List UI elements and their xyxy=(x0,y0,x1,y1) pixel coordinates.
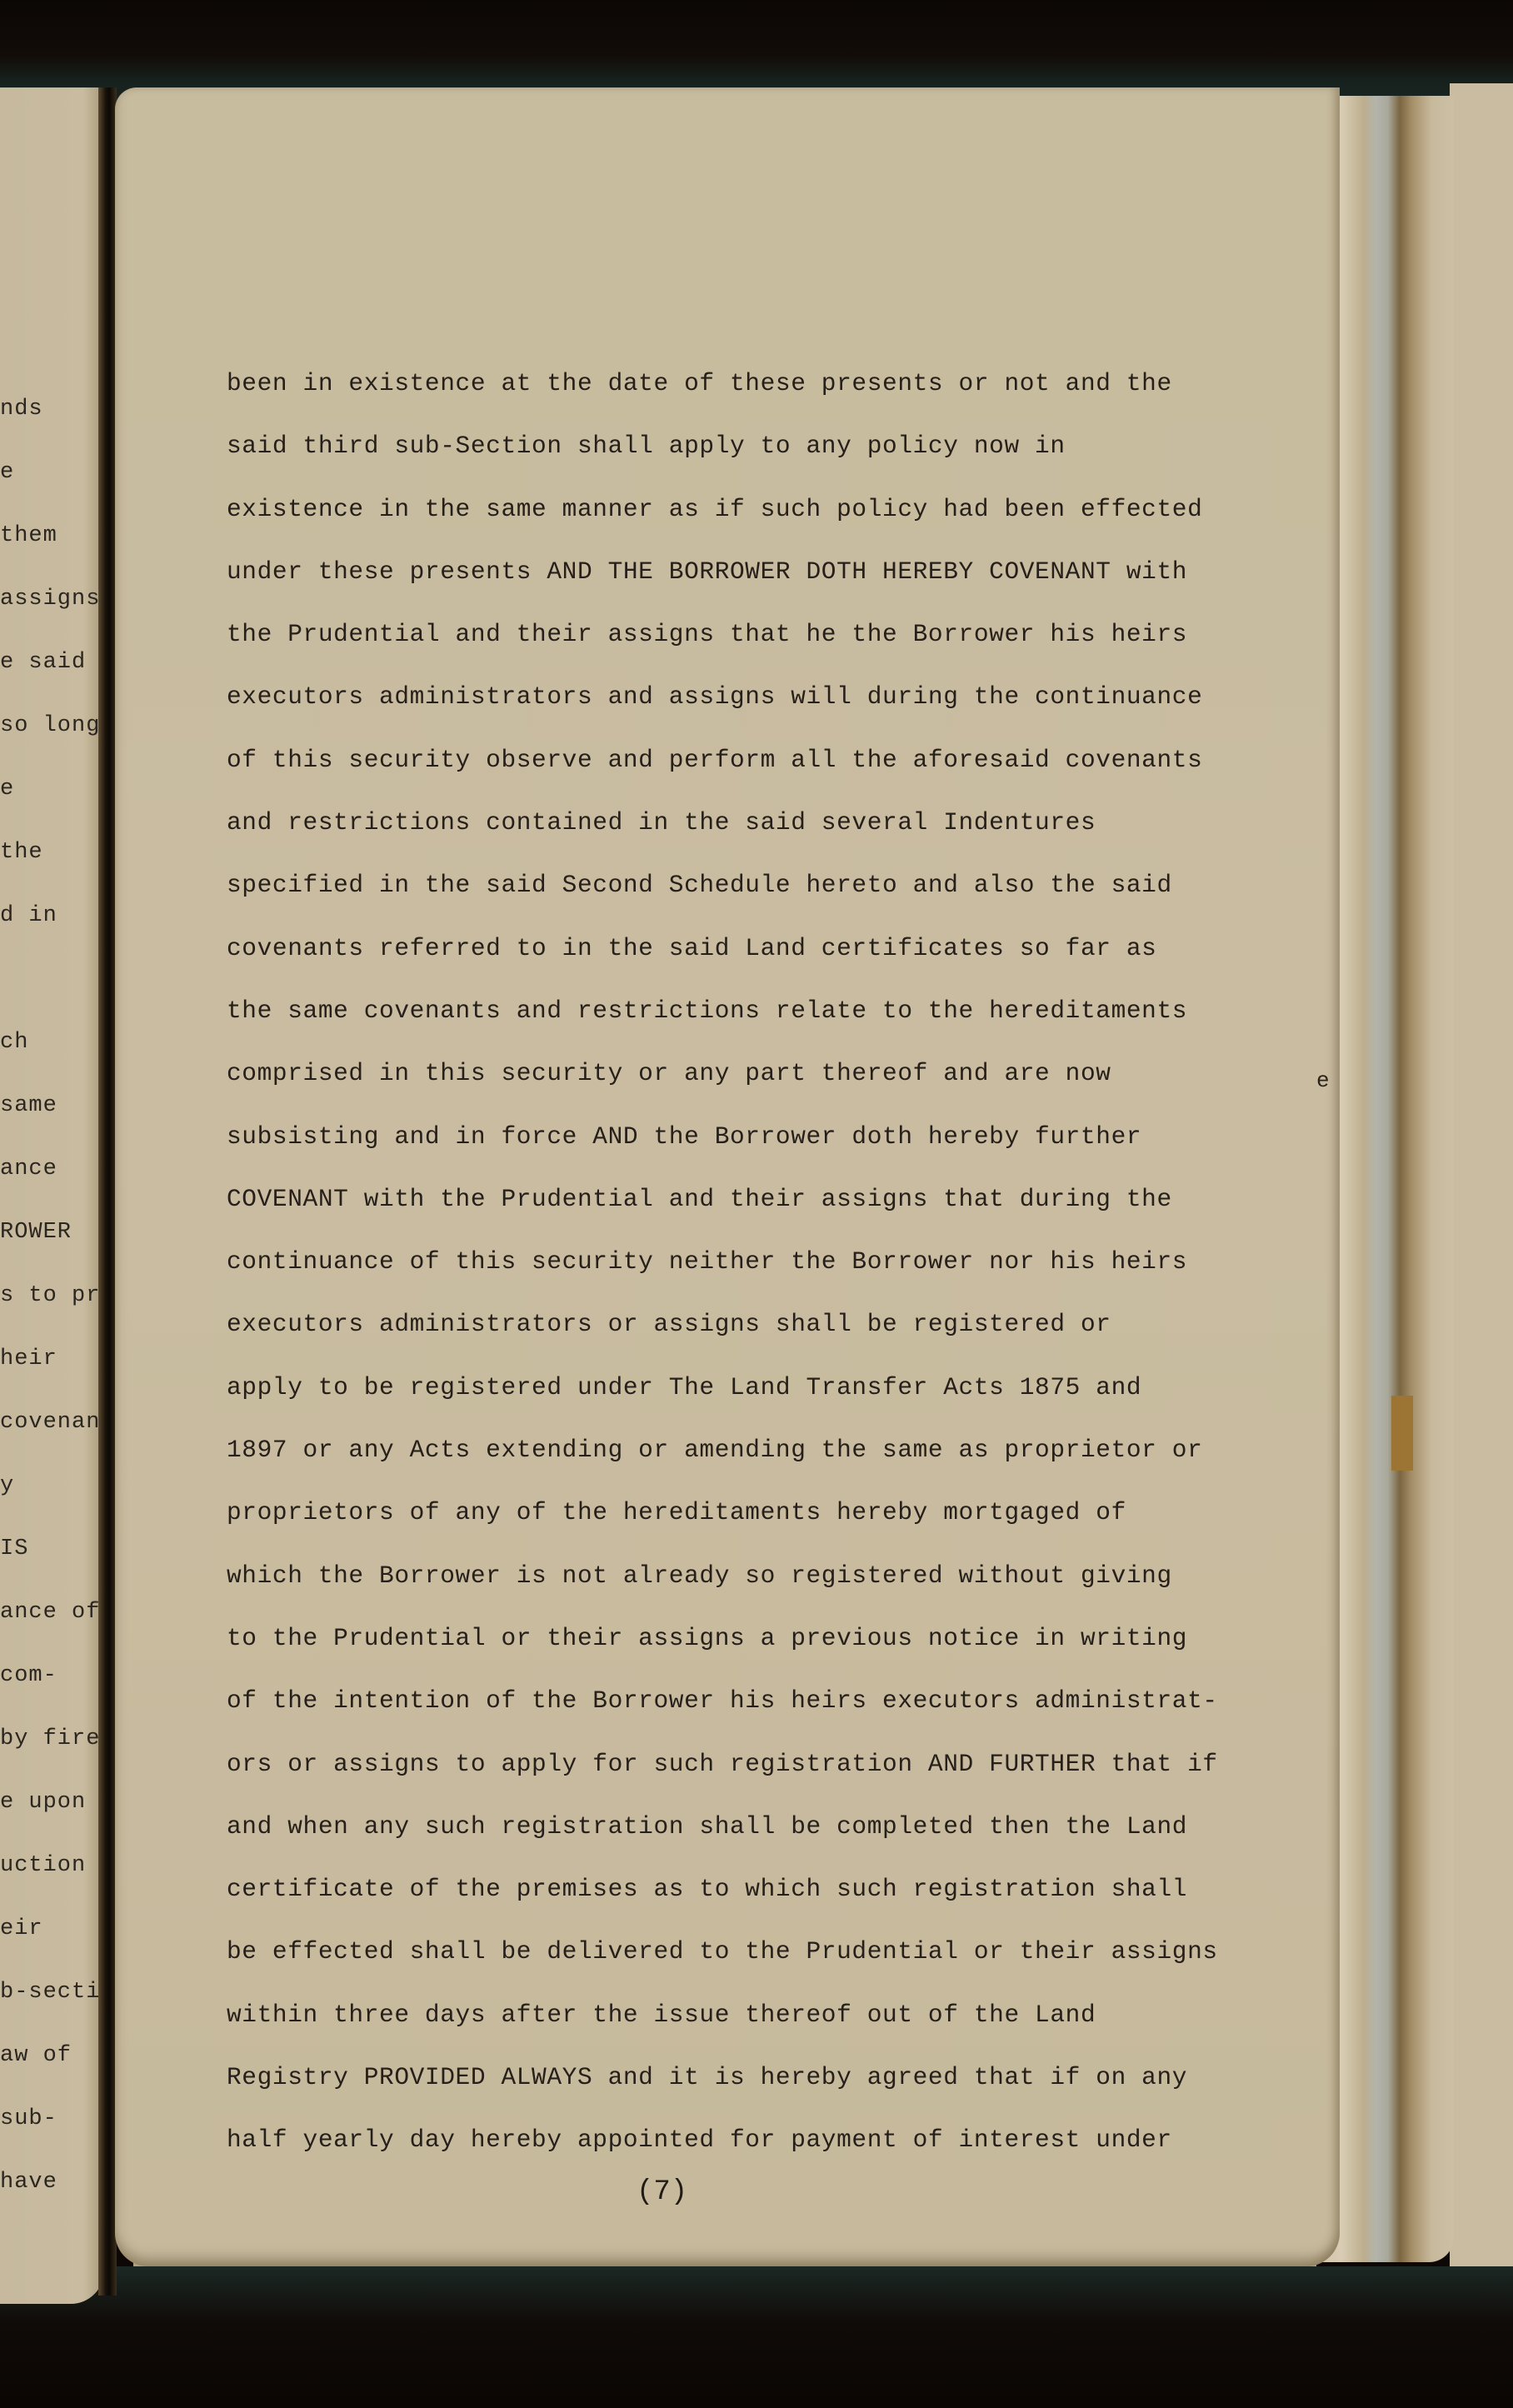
text-line: specified in the said Second Schedule he… xyxy=(227,868,1310,931)
left-page-line: nds xyxy=(0,397,43,422)
page-number: (7) xyxy=(637,2176,687,2208)
left-page-line: covenants xyxy=(0,1410,104,1435)
left-page-line: com- xyxy=(0,1663,57,1688)
text-line: and restrictions contained in the said s… xyxy=(227,806,1310,868)
left-page-line: e upon xyxy=(0,1790,86,1815)
left-page-line: IS xyxy=(0,1536,28,1561)
text-line: the Prudential and their assigns that he… xyxy=(227,617,1310,680)
text-line: of this security observe and perform all… xyxy=(227,743,1310,806)
text-line: apply to be registered under The Land Tr… xyxy=(227,1371,1310,1433)
text-line: continuance of this security neither the… xyxy=(227,1245,1310,1307)
left-page-line: the xyxy=(0,840,43,865)
text-line: Registry PROVIDED ALWAYS and it is hereb… xyxy=(227,2061,1310,2123)
text-line: which the Borrower is not already so reg… xyxy=(227,1559,1310,1621)
text-line: to the Prudential or their assigns a pre… xyxy=(227,1621,1310,1684)
left-page-line: have xyxy=(0,2170,57,2195)
text-line: of the intention of the Borrower his hei… xyxy=(227,1684,1310,1746)
text-line: executors administrators and assigns wil… xyxy=(227,680,1310,742)
left-page-line: them xyxy=(0,523,57,548)
text-line: certificate of the premises as to which … xyxy=(227,1872,1310,1935)
left-page-line: so long xyxy=(0,713,100,738)
left-page-line: eir xyxy=(0,1916,43,1941)
left-page-line: e said xyxy=(0,650,86,675)
left-page-line: ROWER xyxy=(0,1220,72,1245)
text-line: existence in the same manner as if such … xyxy=(227,492,1310,555)
text-line: and when any such registration shall be … xyxy=(227,1810,1310,1872)
left-page-line: y xyxy=(0,1473,14,1498)
text-line: covenants referred to in the said Land c… xyxy=(227,932,1310,994)
left-page: ndse themassignse saidso longethed inch … xyxy=(0,87,104,2304)
left-page-line: ance xyxy=(0,1157,57,1182)
left-page-line: ance of xyxy=(0,1600,100,1625)
text-line: executors administrators or assigns shal… xyxy=(227,1307,1310,1370)
text-line: COVENANT with the Prudential and their a… xyxy=(227,1182,1310,1245)
margin-mark: e xyxy=(1316,1068,1330,1093)
left-page-line: b-section xyxy=(0,1980,104,2005)
text-line: subsisting and in force AND the Borrower… xyxy=(227,1120,1310,1182)
text-line: proprietors of any of the hereditaments … xyxy=(227,1496,1310,1558)
text-line: said third sub-Section shall apply to an… xyxy=(227,429,1310,492)
left-page-line: ch xyxy=(0,1030,28,1055)
left-page-line: heir xyxy=(0,1346,57,1371)
left-page-line: sub- xyxy=(0,2106,57,2131)
book-cover-bottom xyxy=(0,2266,1513,2408)
text-line: ors or assigns to apply for such registr… xyxy=(227,1747,1310,1810)
book-gutter xyxy=(98,87,117,2296)
left-page-line: uction xyxy=(0,1853,86,1878)
left-page-line: e xyxy=(0,460,14,485)
next-page-edge xyxy=(1450,83,1513,2333)
page-tab-marker xyxy=(1391,1396,1413,1471)
text-line: 1897 or any Acts extending or amending t… xyxy=(227,1433,1310,1496)
left-page-line: aw of xyxy=(0,2043,72,2068)
left-page-line: d in xyxy=(0,903,57,928)
left-page-line: by fire xyxy=(0,1726,100,1751)
text-line: the same covenants and restrictions rela… xyxy=(227,994,1310,1057)
text-line: be effected shall be delivered to the Pr… xyxy=(227,1935,1310,1997)
text-line: been in existence at the date of these p… xyxy=(227,367,1310,429)
book-cover-top xyxy=(0,0,1513,100)
text-line: under these presents AND THE BORROWER DO… xyxy=(227,555,1310,617)
text-line: within three days after the issue thereo… xyxy=(227,1998,1310,2061)
left-page-line: assigns xyxy=(0,587,100,612)
text-line: half yearly day hereby appointed for pay… xyxy=(227,2123,1310,2186)
left-page-line: e xyxy=(0,777,14,802)
left-page-line: s to pro- xyxy=(0,1283,104,1308)
left-page-line: same xyxy=(0,1093,57,1118)
document-body: been in existence at the date of these p… xyxy=(227,367,1310,2186)
text-line: comprised in this security or any part t… xyxy=(227,1057,1310,1119)
